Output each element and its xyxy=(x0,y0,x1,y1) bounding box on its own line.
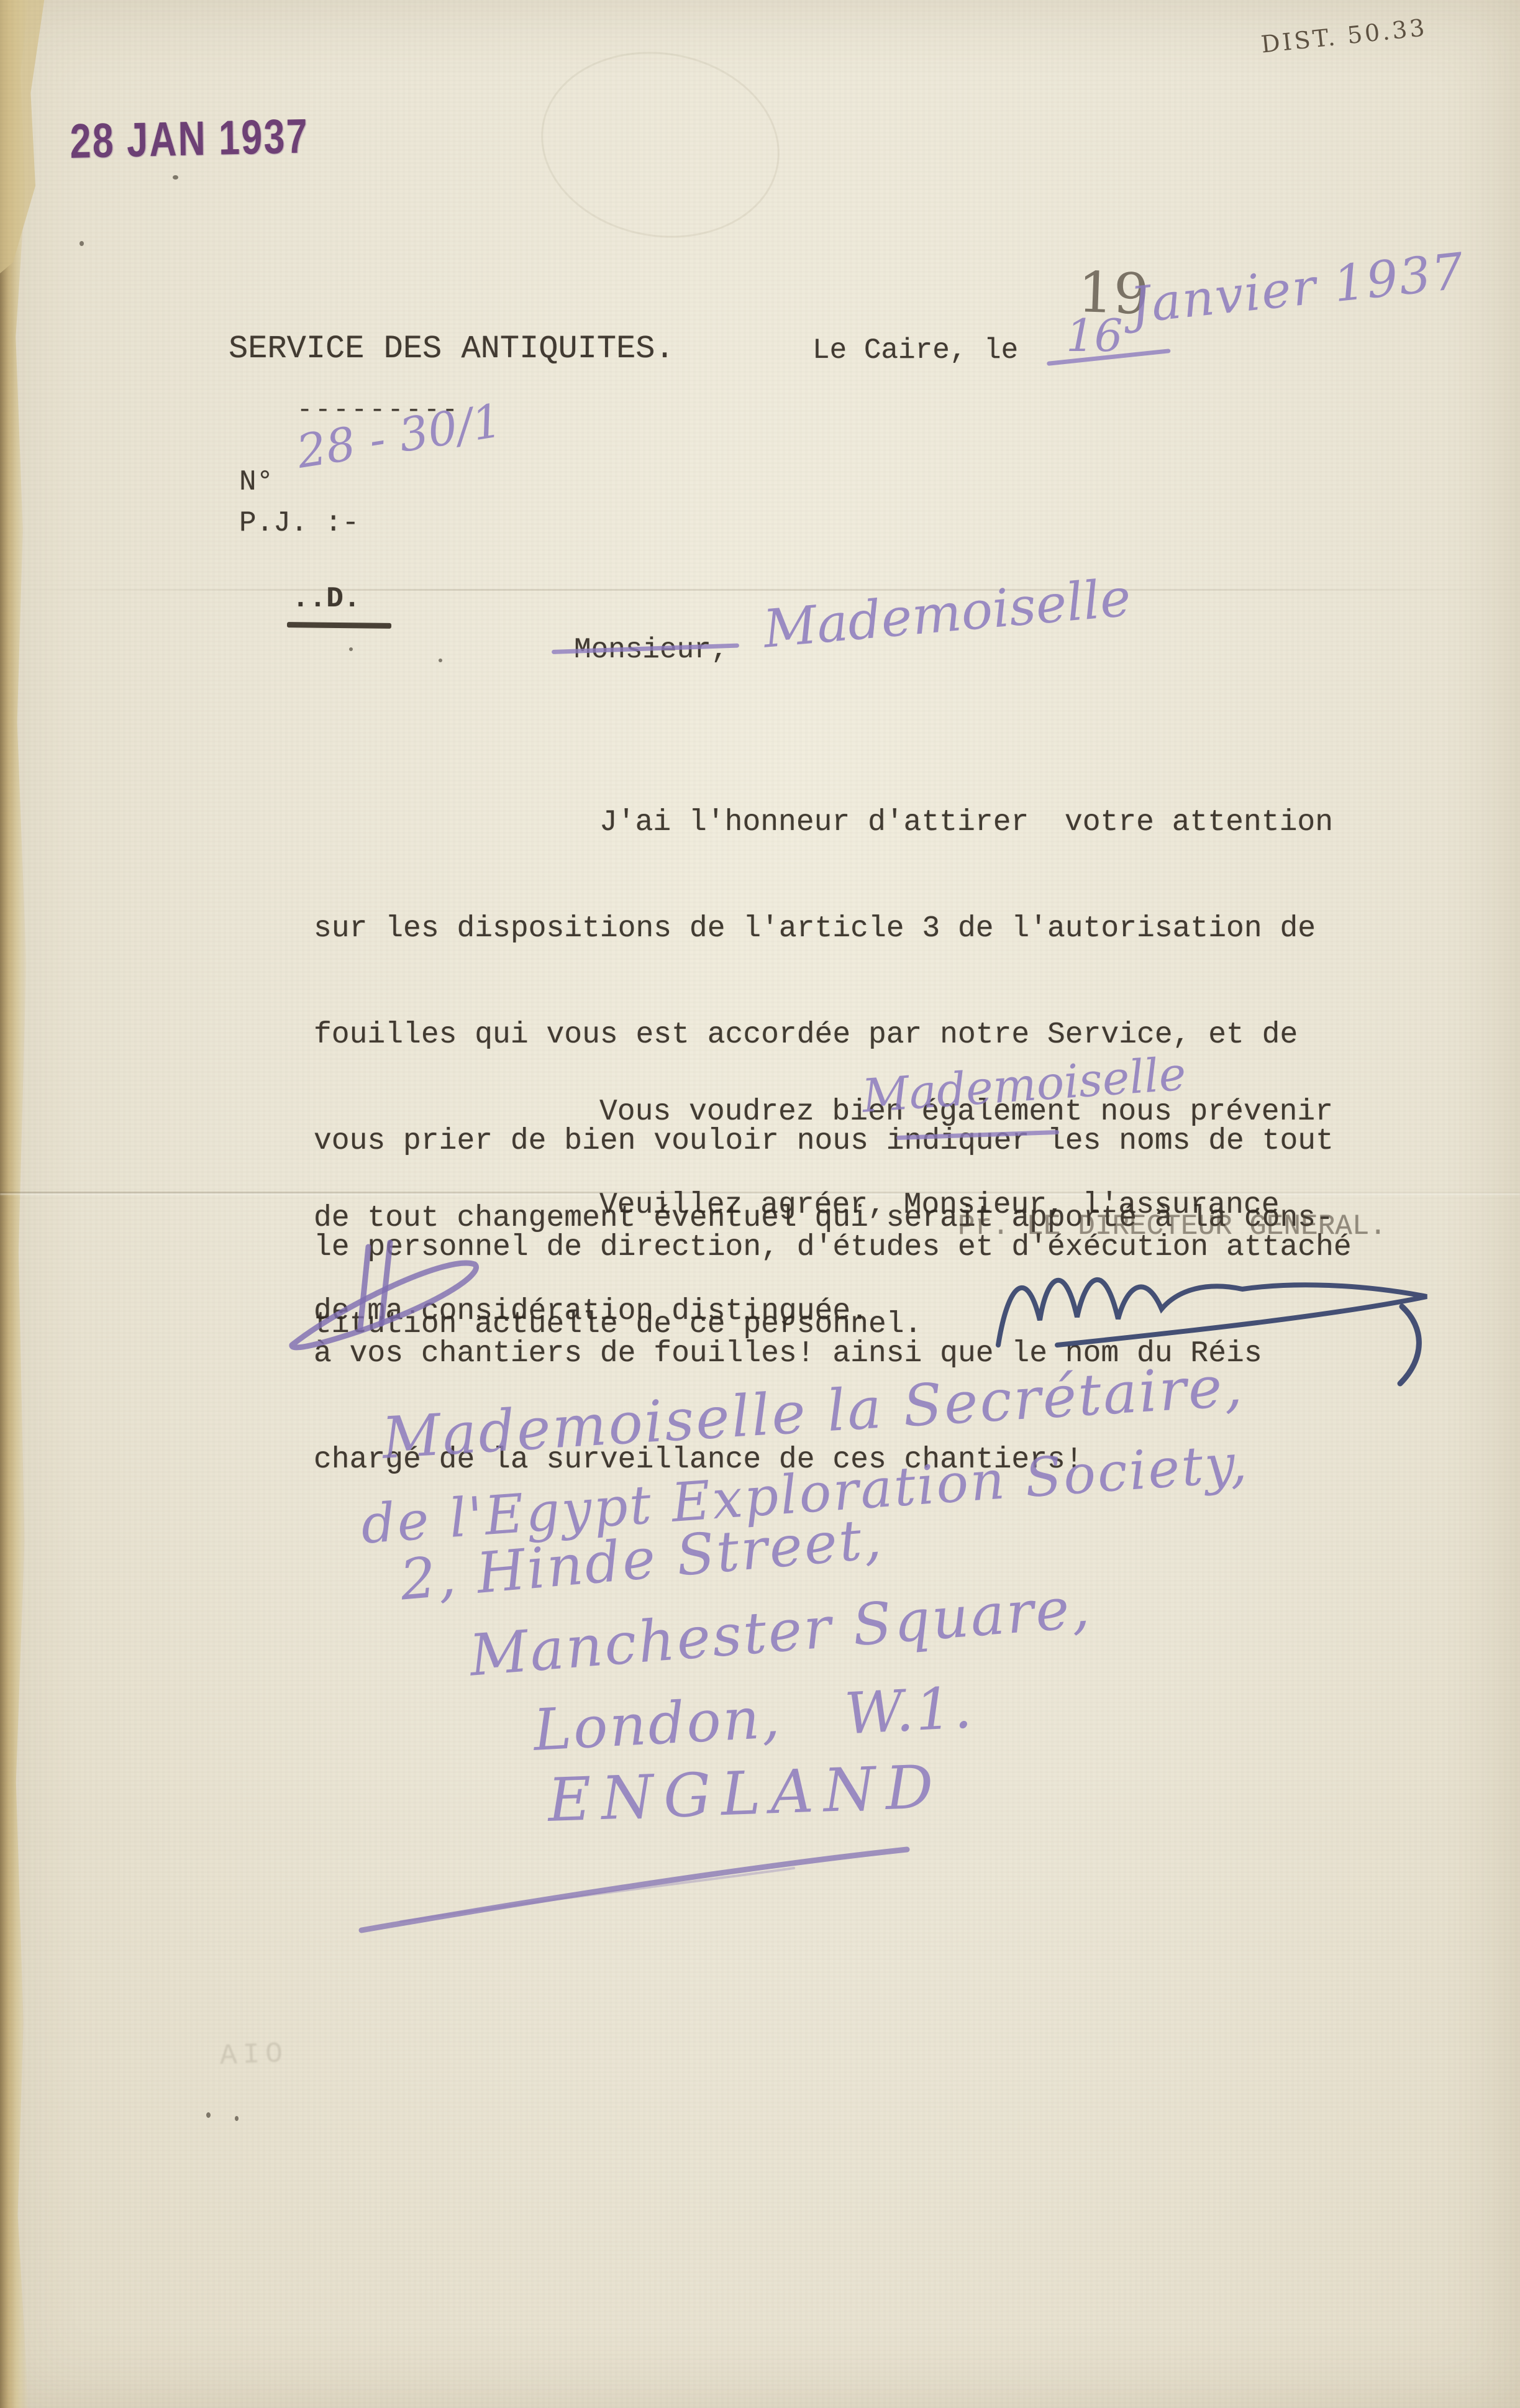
ink-speck xyxy=(173,175,178,180)
org-title: SERVICE DES ANTIQUITES. xyxy=(229,331,675,367)
body-line: J'ai l'honneur d'attirer votre attention xyxy=(314,805,1432,841)
note-underline xyxy=(287,622,391,629)
ink-speck xyxy=(235,2116,239,2121)
torn-corner-flap xyxy=(0,0,59,273)
flourish-underline-ink xyxy=(348,1830,919,1948)
ink-speck xyxy=(206,2112,211,2118)
ink-speck xyxy=(80,241,84,246)
place-date-typed: Le Caire, le xyxy=(812,334,1018,367)
month-year-handwritten: Janvier 1937 xyxy=(1127,242,1467,334)
address-line: ENGLAND xyxy=(547,1752,944,1835)
reference-label: N° xyxy=(239,466,273,498)
note-abbreviation: ..D. xyxy=(292,583,360,615)
enclosures-line: P.J. :- xyxy=(239,507,359,539)
salutation-comma: , xyxy=(711,634,729,666)
watermark-ring xyxy=(526,34,794,257)
received-date-stamp: 28 JAN 1937 xyxy=(70,107,309,170)
dist-note: DIST. 50.33 xyxy=(1260,14,1428,58)
closing-pre: Veuillez agréer, xyxy=(599,1188,904,1222)
ink-bleed-through: OIA xyxy=(214,2038,283,2073)
ink-speck xyxy=(439,659,442,662)
initials-scribble-ink xyxy=(266,1208,502,1364)
salutation-insert-handwritten: Mademoiselle xyxy=(761,567,1133,659)
body-line: sur les dispositions de l'article 3 de l… xyxy=(314,911,1432,947)
address-line: London, W.1. xyxy=(532,1674,975,1764)
fold-crease-top xyxy=(0,589,1520,591)
letter-page: DIST. 50.33 28 JAN 1937 SERVICE DES ANTI… xyxy=(0,0,1520,2408)
crossed-out-day: 16 xyxy=(1066,309,1123,362)
ink-speck xyxy=(349,647,353,651)
torn-left-edge xyxy=(0,0,29,2408)
